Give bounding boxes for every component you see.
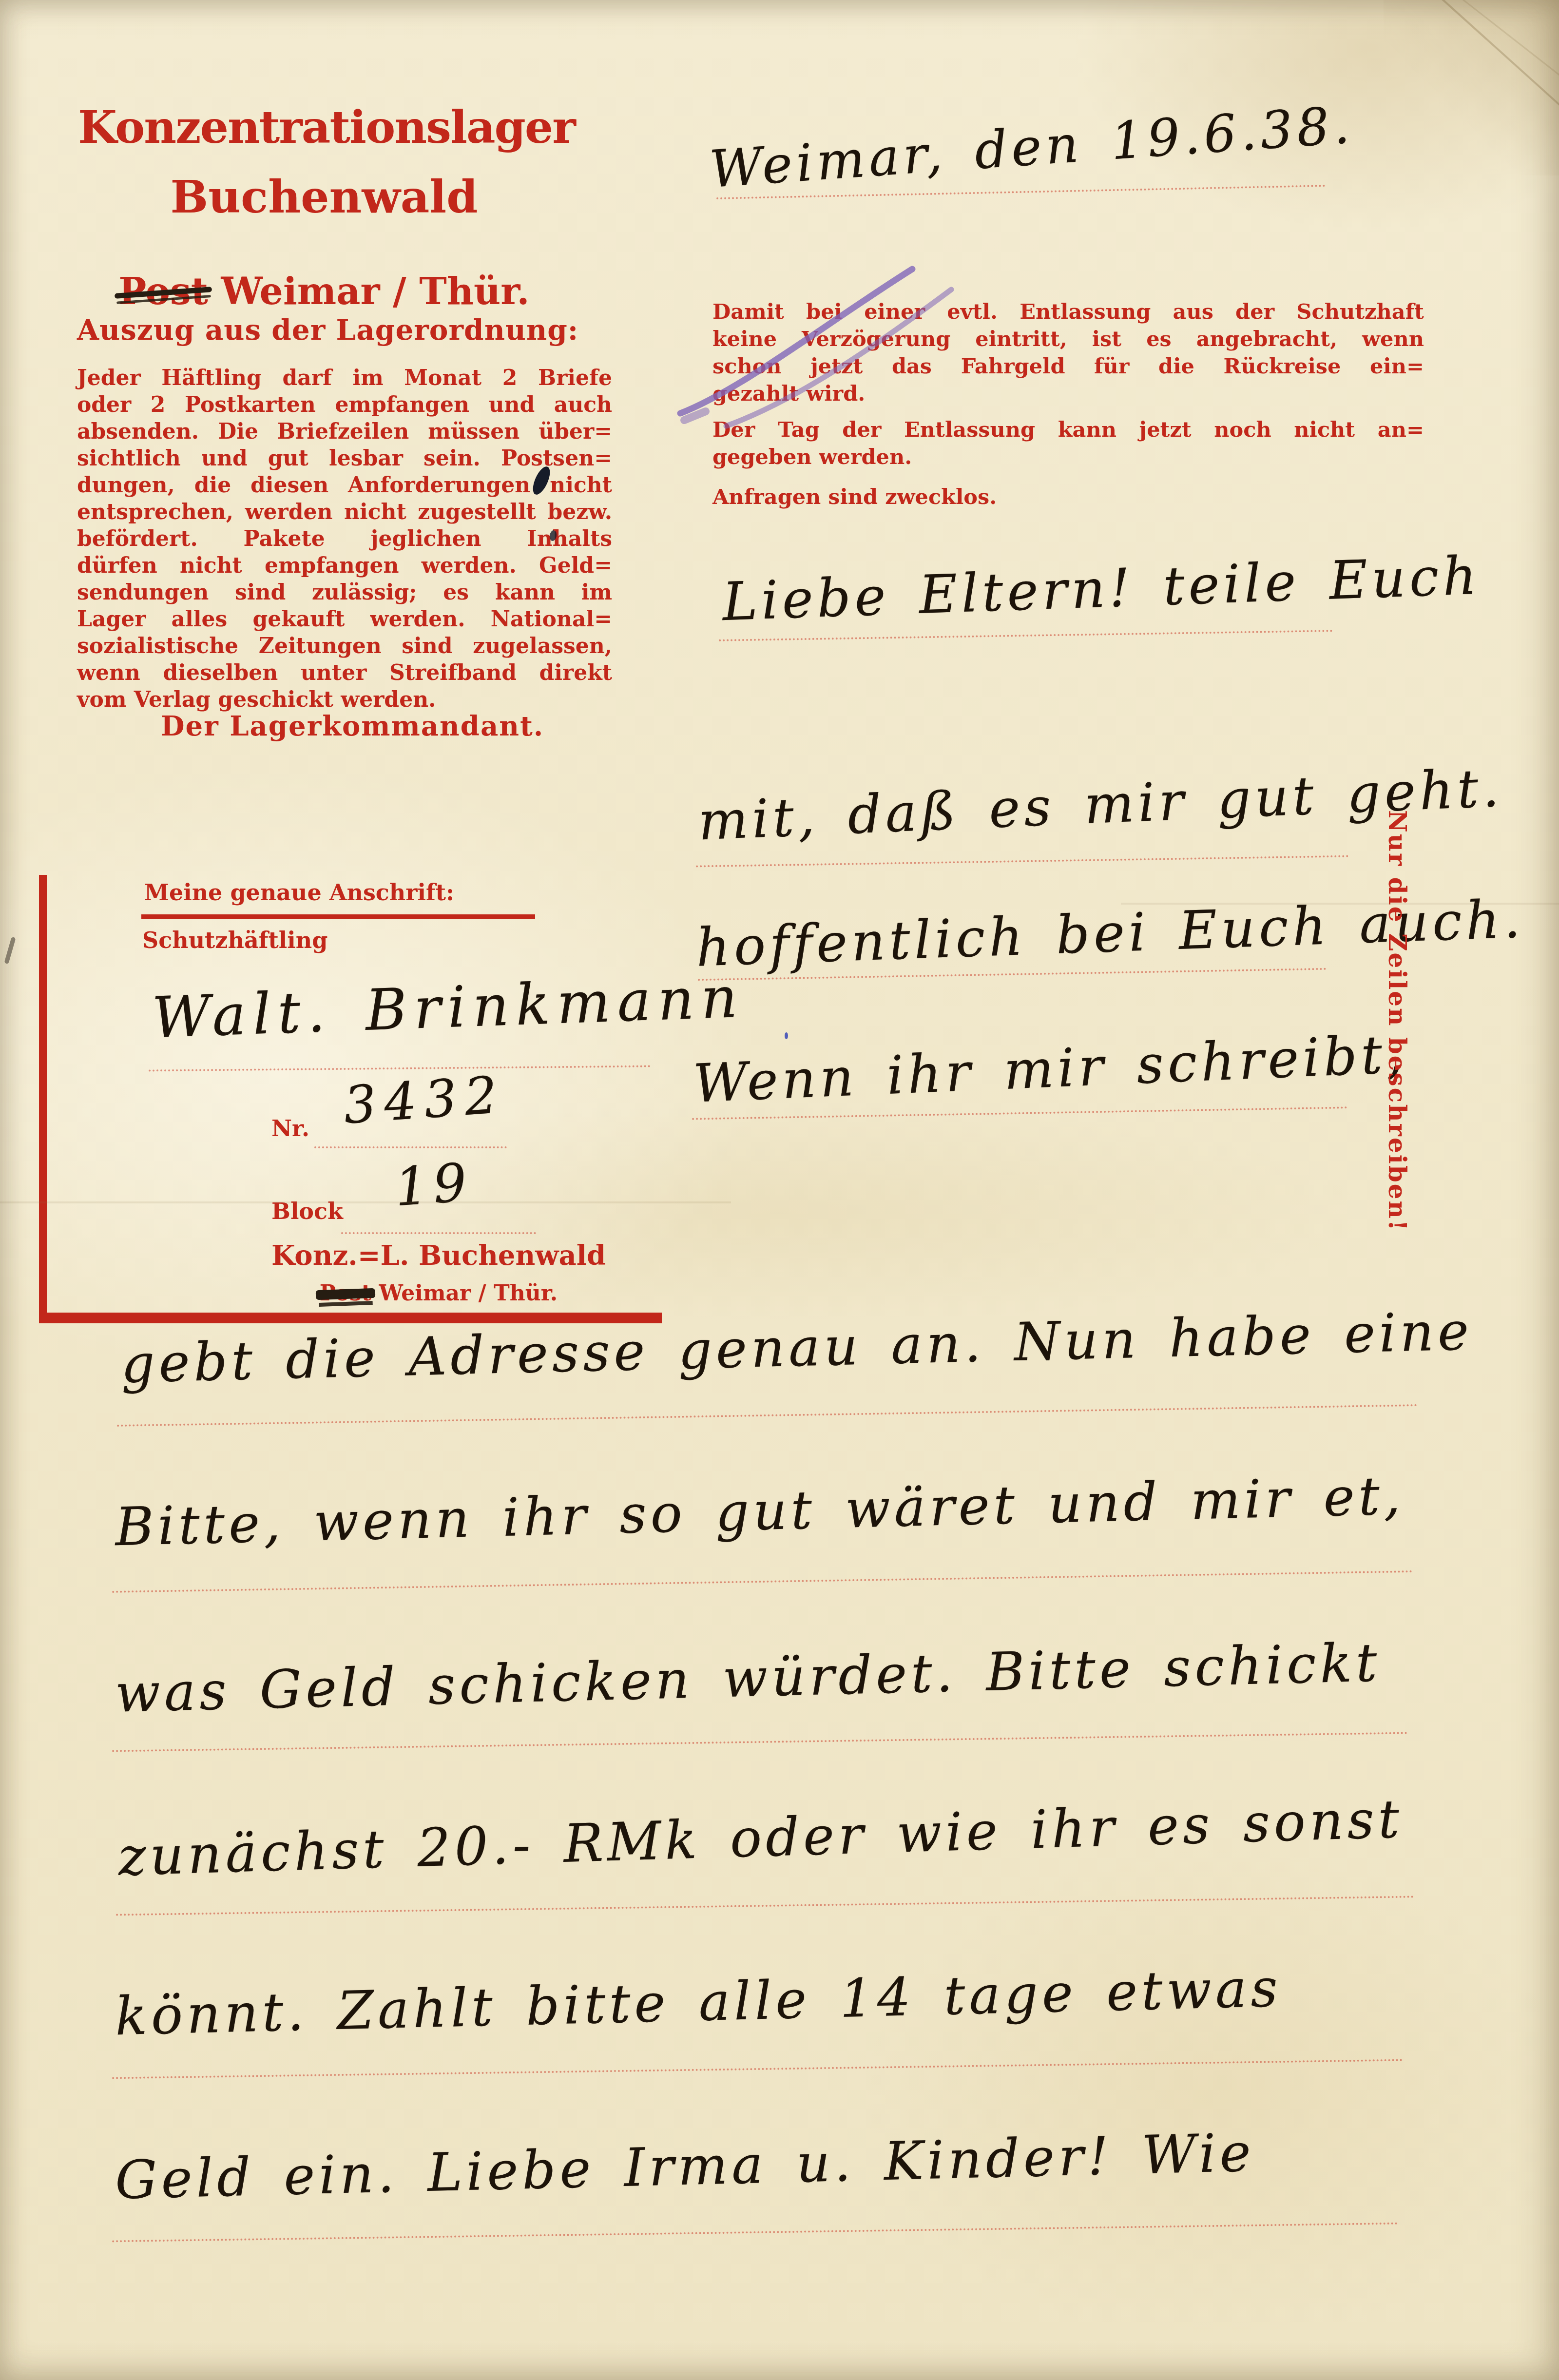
address-box-title-underline	[141, 914, 535, 919]
post-rest: Weimar / Thür.	[379, 1281, 558, 1306]
handwriting-line: Geld ein. Liebe Irma u. Kinder! Wie	[115, 2127, 1255, 2207]
release-notice-line: gezahlt wird.	[712, 380, 1424, 407]
handwriting-line: Bitte, wenn ihr so gut wäret und mir et,	[115, 1470, 1405, 1554]
regulations-line: entsprechen, werden nicht zugestellt bez…	[77, 499, 612, 525]
scanned-letter-page: Konzentrationslager Buchenwald Post Weim…	[0, 0, 1559, 2380]
corner-fold-shade	[1384, 0, 1559, 175]
crease-line	[0, 1201, 731, 1203]
handwritten-block-number: 19	[393, 1157, 473, 1215]
regulations-line: sozialistische Zeitungen sind zugelassen…	[77, 633, 612, 659]
release-notice: Damit bei einer evtl. Entlassung aus der…	[712, 298, 1424, 511]
margin-pencil-mark	[4, 937, 16, 964]
regulations-line: sendungen sind zulässig; es kann im	[77, 579, 612, 606]
ink-dot-blue	[785, 1032, 788, 1039]
regulations-line: Jeder Häftling darf im Monat 2 Briefe	[77, 365, 612, 391]
ruled-line	[116, 1896, 1415, 1916]
ruled-line	[149, 1065, 651, 1072]
regulations-line: oder 2 Postkarten empfangen und auch	[77, 391, 612, 418]
release-notice-line: Der Tag der Entlassung kann jetzt noch n…	[712, 416, 1424, 444]
handwritten-prisoner-number: 3432	[342, 1069, 507, 1132]
regulations-line: Lager alles gekauft werden. National=	[77, 606, 612, 633]
ruled-line	[112, 1732, 1408, 1752]
ruled-line	[341, 1232, 536, 1234]
letterhead-post-line: Post Weimar / Thür.	[78, 273, 570, 310]
ruled-line	[112, 2223, 1399, 2243]
release-notice-line: Anfragen sind zwecklos.	[712, 484, 1424, 511]
crease-line	[1420, 0, 1559, 170]
regulations-line: absenden. Die Briefzeilen müssen über=	[77, 418, 612, 445]
regulations-line: wenn dieselben unter Streifband direkt	[77, 659, 612, 686]
regulations-heading: Auszug aus der Lagerordnung:	[77, 316, 578, 344]
ruled-line	[112, 1570, 1413, 1593]
handwriting-line: was Geld schicken würdet. Bitte schickt	[115, 1637, 1381, 1720]
ruled-line	[719, 630, 1333, 641]
address-box-left-bar	[39, 875, 47, 1323]
address-post-line: Post Weimar / Thür.	[205, 1283, 673, 1304]
post-rest: Weimar / Thür.	[221, 270, 529, 313]
handwriting-line: Liebe Eltern! teile Euch	[722, 550, 1482, 629]
address-box-title: Meine genaue Anschrift:	[144, 881, 454, 904]
regulations-line: sichtlich und gut lesbar sein. Postsen=	[77, 445, 612, 472]
address-camp-line: Konz.=L. Buchenwald	[205, 1242, 673, 1269]
ruled-line	[696, 855, 1349, 867]
handwriting-line: zunächst 20.- RMk oder wie ihr es sonst	[117, 1793, 1404, 1884]
struck-word-post: Post	[118, 273, 208, 310]
handwriting-line: Wenn ihr mir schreibt,	[692, 1028, 1407, 1110]
prisoner-label: Schutzhäftling	[142, 929, 327, 951]
ruled-line	[117, 1404, 1418, 1427]
handwritten-prisoner-name: Walt. Brinkmann	[151, 969, 745, 1046]
regulations-paragraph: Jeder Häftling darf im Monat 2 Briefe od…	[77, 365, 612, 713]
letterhead-camp-name: Konzentrationslager	[78, 105, 570, 150]
ruled-line	[314, 1146, 507, 1148]
regulations-line: vom Verlag geschickt werden.	[77, 686, 612, 713]
margin-instruction: Nur die Zeilen beschreiben!	[1385, 810, 1409, 1488]
regulations-line: dürfen nicht empfangen werden. Geld=	[77, 552, 612, 579]
crease-line	[1459, 0, 1559, 93]
letterhead-camp-place: Buchenwald	[78, 174, 570, 219]
release-notice-line: gegeben werden.	[712, 444, 1424, 471]
release-notice-line: schon jetzt das Fahrgeld für die Rückrei…	[712, 353, 1424, 380]
ruled-line	[112, 2059, 1404, 2079]
struck-word-post: Post	[320, 1283, 371, 1304]
block-label: Block	[271, 1200, 343, 1222]
address-box-bottom-bar	[39, 1313, 662, 1323]
handwriting-line: könnt. Zahlt bitte alle 14 tage etwas	[115, 1962, 1282, 2043]
release-notice-line: Damit bei einer evtl. Entlassung aus der…	[712, 298, 1424, 326]
commandant-signature: Der Lagerkommandant.	[161, 713, 544, 740]
release-notice-line: keine Verzögerung eintritt, ist es angeb…	[712, 326, 1424, 353]
regulations-line: befördert. Pakete jeglichen Inhalts	[77, 525, 612, 552]
prisoner-number-label: Nr.	[271, 1117, 309, 1140]
handwritten-date: Weimar, den 19.6.38.	[708, 99, 1355, 195]
regulations-line: dungen, die diesen Anforderungen nicht	[77, 472, 612, 499]
